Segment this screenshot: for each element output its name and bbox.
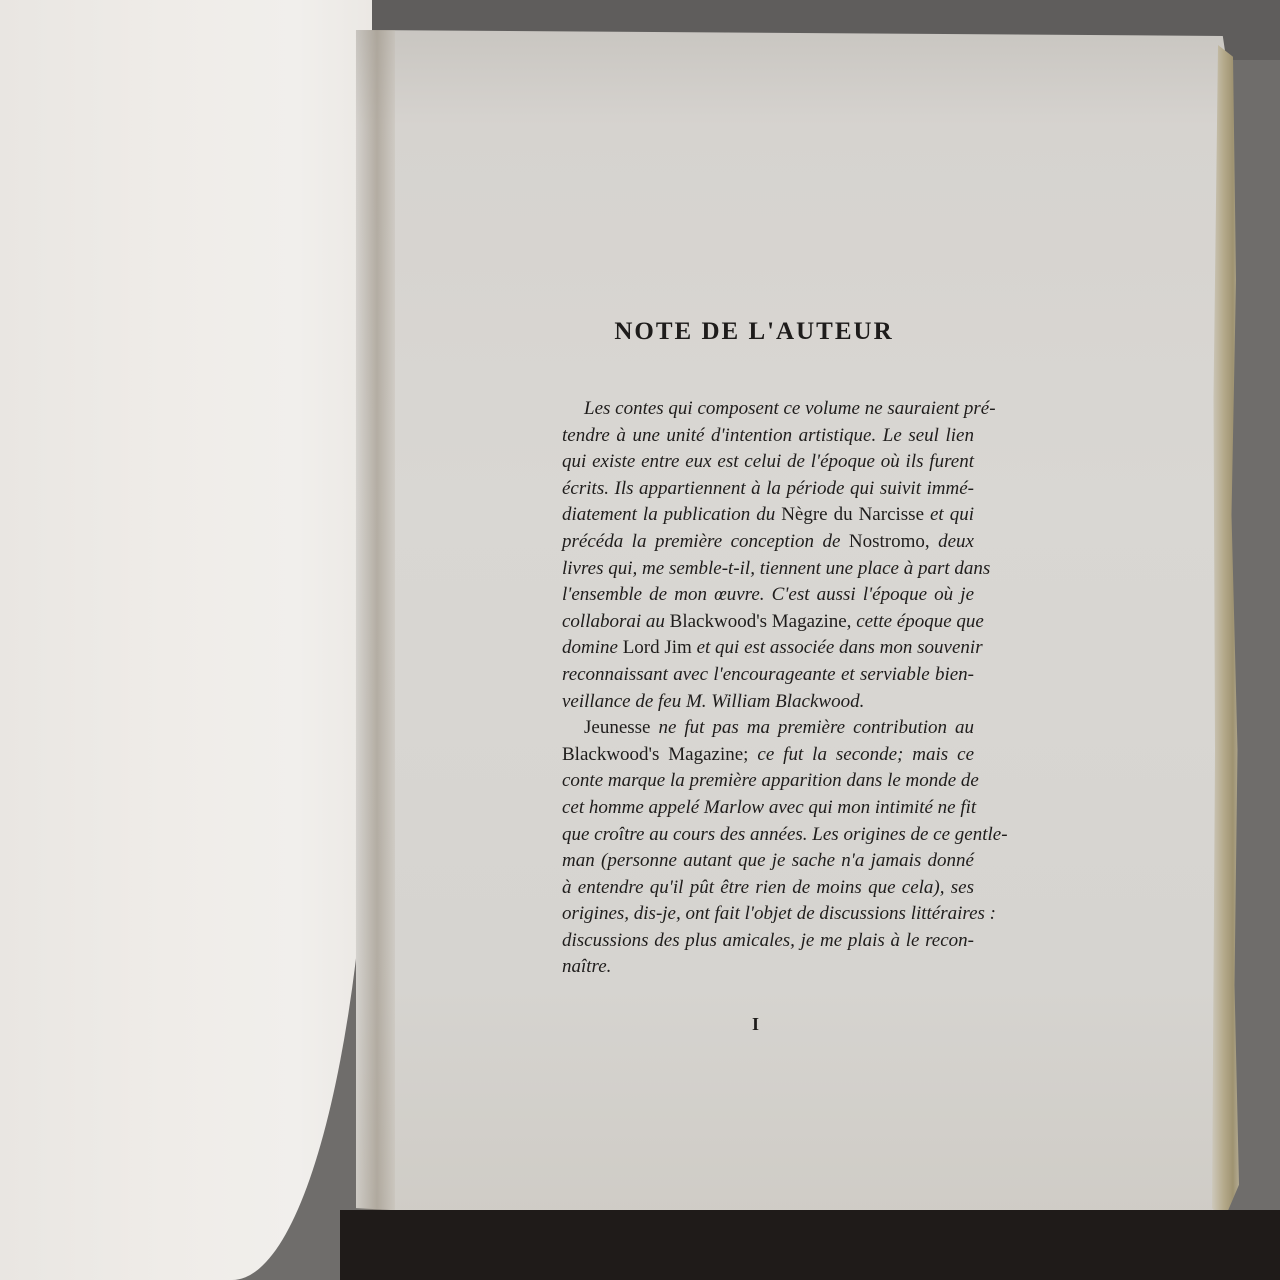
page-number: I [752, 1014, 759, 1035]
italic-text: deux [930, 531, 974, 552]
text-line: Blackwood's Magazine; ce fut la seconde;… [562, 742, 974, 769]
text-line: qui existe entre eux est celui de l'époq… [562, 449, 974, 476]
body-text: Les contes qui composent ce volume ne sa… [562, 396, 974, 981]
italic-text: écrits. Ils appartiennent à la période q… [562, 478, 974, 499]
italic-text: que croître au cours des années. Les ori… [562, 824, 1008, 845]
text-line: diatement la publication du Nègre du Nar… [562, 502, 974, 529]
text-line: veillance de feu M. William Blackwood. [562, 689, 974, 716]
book-gutter-shadow [355, 30, 395, 1220]
italic-text: reconnaissant avec l'encourageante et se… [562, 664, 974, 685]
chapter-heading: NOTE DE L'AUTEUR [604, 318, 904, 346]
text-line: cet homme appelé Marlow avec qui mon int… [562, 795, 974, 822]
italic-text: Les contes qui composent ce volume ne sa… [584, 398, 996, 419]
text-line: Les contes qui composent ce volume ne sa… [562, 396, 974, 423]
italic-text: discussions des plus amicales, je me pla… [562, 930, 974, 951]
italic-text: qui existe entre eux est celui de l'époq… [562, 451, 974, 472]
italic-text: origines, dis-je, ont fait l'objet de di… [562, 903, 996, 924]
italic-text: collaborai au [562, 611, 670, 632]
italic-text: conte marque la première apparition dans… [562, 770, 979, 791]
roman-title-text: Blackwood's Magazine; [562, 744, 748, 765]
text-line: origines, dis-je, ont fait l'objet de di… [562, 901, 974, 928]
text-line: livres qui, me semble-t-il, tiennent une… [562, 556, 974, 583]
text-line: discussions des plus amicales, je me pla… [562, 928, 974, 955]
text-line: précéda la première conception de Nostro… [562, 529, 974, 556]
text-line: naître. [562, 954, 974, 981]
text-line: conte marque la première apparition dans… [562, 768, 974, 795]
roman-title-text: Blackwood's Magazine, [670, 611, 852, 632]
italic-text: ce fut la seconde; mais ce [748, 744, 974, 765]
italic-text: livres qui, me semble-t-il, tiennent une… [562, 558, 990, 579]
text-line: que croître au cours des années. Les ori… [562, 822, 974, 849]
italic-text: précéda la première conception de [562, 531, 849, 552]
italic-text: et qui [924, 504, 974, 525]
italic-text: cette époque que [851, 611, 983, 632]
text-line: à entendre qu'il pût être rien de moins … [562, 875, 974, 902]
italic-text: diatement la publication du [562, 504, 781, 525]
text-line: écrits. Ils appartiennent à la période q… [562, 476, 974, 503]
italic-text: domine [562, 637, 623, 658]
italic-text: à entendre qu'il pût être rien de moins … [562, 877, 974, 898]
italic-text: man (personne autant que je sache n'a ja… [562, 850, 974, 871]
text-line: man (personne autant que je sache n'a ja… [562, 848, 974, 875]
deckle-page-edge [1212, 45, 1242, 1220]
roman-title-text: Nostromo, [849, 531, 930, 552]
roman-title-text: Lord Jim [623, 637, 692, 658]
left-page-blank [0, 0, 372, 1280]
shadow-below-page [340, 1210, 1280, 1280]
italic-text: tendre à une unité d'intention artistiqu… [562, 425, 974, 446]
italic-text: et qui est associée dans mon souvenir [692, 637, 983, 658]
italic-text: naître. [562, 956, 611, 977]
text-line: reconnaissant avec l'encourageante et se… [562, 662, 974, 689]
italic-text: ne fut pas ma première contribution au [650, 717, 974, 738]
text-line: domine Lord Jim et qui est associée dans… [562, 635, 974, 662]
italic-text: veillance de feu M. William Blackwood. [562, 691, 864, 712]
text-line: Jeunesse ne fut pas ma première contribu… [562, 715, 974, 742]
italic-text: l'ensemble de mon œuvre. C'est aussi l'é… [562, 584, 974, 605]
text-line: tendre à une unité d'intention artistiqu… [562, 423, 974, 450]
italic-text: cet homme appelé Marlow avec qui mon int… [562, 797, 976, 818]
text-line: l'ensemble de mon œuvre. C'est aussi l'é… [562, 582, 974, 609]
text-line: collaborai au Blackwood's Magazine, cett… [562, 609, 974, 636]
roman-title-text: Jeunesse [584, 717, 650, 738]
roman-title-text: Nègre du Narcisse [781, 504, 924, 525]
